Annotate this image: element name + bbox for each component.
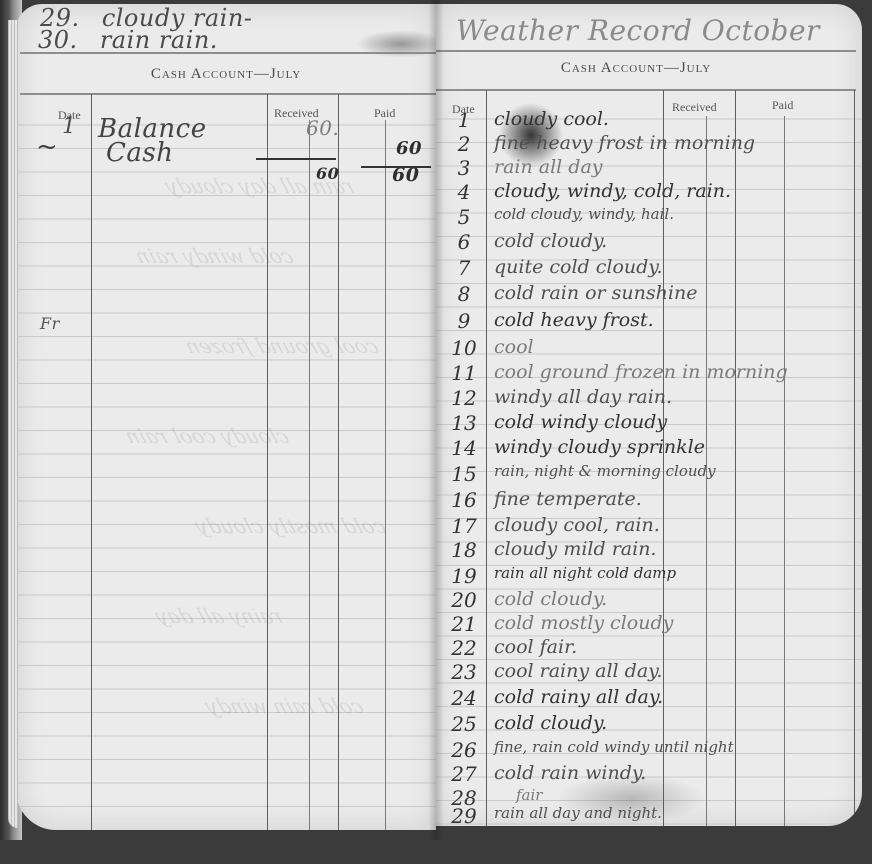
- paid-column-left: [338, 94, 339, 830]
- page-edges: [8, 20, 18, 828]
- page-header: Cash Account—July: [16, 66, 436, 83]
- weather-entry-12: 12windy all day rain.: [436, 386, 862, 410]
- weather-entry-16: 16fine temperate.: [436, 488, 862, 512]
- weather-entry-8: 8cold rain or sunshine: [436, 282, 862, 306]
- weather-entry-3: 3rain all day: [436, 156, 862, 180]
- weather-entry-4: 4cloudy, windy, cold, rain.: [436, 180, 862, 204]
- weather-entry-10: 10cool: [436, 336, 862, 360]
- weather-entry-21: 21cold mostly cloudy: [436, 612, 862, 636]
- received-total: 60: [316, 164, 339, 183]
- pencil-smudge: [556, 774, 706, 824]
- weather-entry-22: 22cool fair.: [436, 636, 862, 660]
- entry-date: 1: [62, 114, 77, 139]
- bleed-through: cold windy rain: [132, 244, 297, 268]
- weather-entry-25: 25cold cloudy.: [436, 712, 862, 736]
- weather-entry-6: 6cold cloudy.: [436, 230, 862, 254]
- weather-entry-9: 9cold heavy frost.: [436, 309, 862, 333]
- entry-date-ditto: ~: [36, 132, 58, 162]
- bleed-through: cold rain windy: [202, 694, 367, 718]
- margin-note: Fr: [40, 314, 60, 333]
- weather-entry-18: 18cloudy mild rain.: [436, 538, 862, 562]
- entry-description: Cash: [106, 138, 173, 168]
- weather-entry-7: 7quite cold cloudy.: [436, 256, 862, 280]
- weather-entry-1: 1cloudy cool.: [436, 108, 862, 132]
- page-header: Cash Account—July: [436, 60, 836, 77]
- page-title: Weather Record October: [456, 14, 820, 47]
- weather-entry-17: 17cloudy cool, rain.: [436, 514, 862, 538]
- header-bottom-rule: [436, 89, 856, 91]
- paid-column-label: Paid: [374, 106, 395, 121]
- right-page: Weather Record October Cash Account—July…: [436, 4, 862, 826]
- notebook-scan: rain all day cloudy cold windy rain cool…: [0, 0, 872, 864]
- weather-entry-13: 13cold windy cloudy: [436, 411, 862, 435]
- weather-entry-19: 19rain all night cold damp: [436, 564, 862, 588]
- weather-entry-11: 11cool ground frozen in morning: [436, 361, 862, 385]
- weather-entry-5: 5cold cloudy, windy, hail.: [436, 205, 862, 229]
- weather-entry-23: 23cool rainy all day.: [436, 660, 862, 684]
- top-note-30: 30. rain rain.: [38, 26, 218, 54]
- received-total-rule: [256, 158, 336, 160]
- weather-entry-20: 20cold cloudy.: [436, 588, 862, 612]
- header-top-rule: [436, 50, 856, 52]
- paid-cents-divider: [385, 120, 386, 830]
- weather-entry-14: 14windy cloudy sprinkle: [436, 436, 862, 460]
- weather-entry-24: 24cold rainy all day.: [436, 686, 862, 710]
- header-bottom-rule: [20, 93, 436, 95]
- paid-total: 60: [392, 164, 419, 186]
- weather-entry-2: 2fine heavy frost in morning: [436, 132, 862, 156]
- weather-entry-26: 26fine, rain cold windy until night: [436, 738, 862, 762]
- entry-paid: 60: [396, 138, 422, 159]
- bleed-through: rainy all day: [152, 604, 286, 628]
- date-column-divider: [91, 94, 92, 830]
- header-top-rule: [20, 52, 436, 54]
- weather-entry-15: 15rain, night & morning cloudy: [436, 462, 862, 486]
- bleed-through: cool ground frozen: [182, 334, 382, 358]
- bleed-through: cold mostly cloudy: [192, 514, 390, 538]
- received-column-left: [267, 94, 268, 830]
- left-page: rain all day cloudy cold windy rain cool…: [16, 4, 436, 830]
- received-cents-divider: [309, 120, 310, 830]
- entry-received: 60.: [306, 116, 339, 140]
